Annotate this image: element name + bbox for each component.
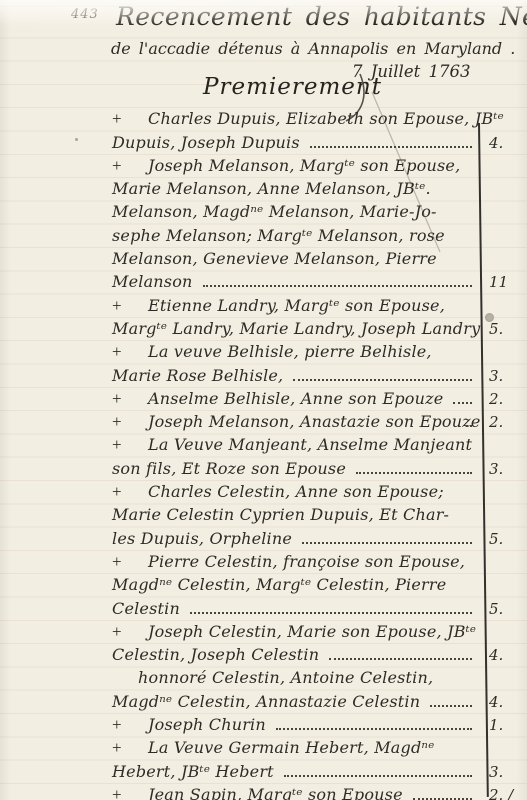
entry-row: + La veuve Belhisle, pierre Belhisle, <box>0 339 527 362</box>
entry-text: Melanson <box>112 272 193 292</box>
plus-marker: + <box>112 342 148 362</box>
plus-marker: + <box>112 109 148 129</box>
plus-marker: + <box>112 482 148 502</box>
entry-text: Joseph Melanson, Anastazie son Epouze <box>148 412 456 432</box>
entry-rows: + Charles Dupuis, Elizabeth son Epouse, … <box>0 106 527 800</box>
section-heading: Premierement <box>203 74 382 100</box>
entry-row: + Joseph Melanson, Margᵗᵉ son Epouse, <box>0 153 527 176</box>
entry-text: Magdⁿᵉ Celestin, Annastazie Celestin <box>112 692 420 712</box>
dot-leader <box>284 775 472 777</box>
entry-text: les Dupuis, Orpheline <box>112 529 292 549</box>
dot-leader <box>356 472 472 474</box>
entry-count: 4. <box>478 133 527 153</box>
entry-row: + Pierre Celestin, françoise son Epouse, <box>0 549 527 572</box>
entry-count: 3. <box>478 459 527 479</box>
entry-text: Joseph Melanson, Margᵗᵉ son Epouse, <box>148 156 456 176</box>
entry-text: Marie Melanson, Anne Melanson, JBᵗᵉ. <box>112 179 431 199</box>
entry-count: 2. <box>478 412 527 432</box>
entry-text: Marie Celestin Cyprien Dupuis, Et Char- <box>112 505 449 525</box>
entry-row: Melanson, Magdⁿᵉ Melanson, Marie-Jo- <box>0 199 527 222</box>
entry-row: son fils, Et Roze son Epouse 3. <box>0 455 527 478</box>
entry-text: Charles Celestin, Anne son Epouse; <box>148 482 444 502</box>
entry-row: + Charles Dupuis, Elizabeth son Epouse, … <box>0 106 527 129</box>
dot-leader <box>453 402 472 404</box>
entry-row: Margᵗᵉ Landry, Marie Landry, Joseph Land… <box>0 316 527 339</box>
entry-row: + Anselme Belhisle, Anne son Epouze 2. <box>0 386 527 409</box>
entry-text: Dupuis, Joseph Dupuis <box>112 133 300 153</box>
entry-row: + La Veuve Manjeant, Anselme Manjeant <box>0 432 527 455</box>
page-number: 443 <box>71 7 99 22</box>
entry-row: Celestin, Joseph Celestin 4. <box>0 642 527 665</box>
plus-marker: + <box>112 412 148 432</box>
entry-row: + Joseph Melanson, Anastazie son Epouze … <box>0 409 527 432</box>
entry-count: 2. <box>478 389 527 409</box>
entry-count: 5. <box>478 319 527 339</box>
dot-leader <box>430 705 472 707</box>
entry-row: + Etienne Landry, Margᵗᵉ son Epouse, <box>0 292 527 315</box>
entry-count: 2. / <box>478 785 527 800</box>
entry-text: Jean Sapin, Margᵗᵉ son Epouse <box>148 785 403 800</box>
entry-row: Marie Melanson, Anne Melanson, JBᵗᵉ. <box>0 176 527 199</box>
entry-text: La Veuve Manjeant, Anselme Manjeant <box>148 435 456 455</box>
entry-row: + Jean Sapin, Margᵗᵉ son Epouse 2. / <box>0 782 527 800</box>
plus-marker: + <box>112 296 148 316</box>
entry-text: Pierre Celestin, françoise son Epouse, <box>148 552 456 572</box>
entry-count: 3. <box>478 366 527 386</box>
plus-marker: + <box>112 435 148 455</box>
entry-text: Celestin <box>112 599 180 619</box>
entry-text: Joseph Celestin, Marie son Epouse, JBᵗᵉ <box>148 622 456 642</box>
entry-text: Hebert, JBᵗᵉ Hebert <box>112 762 274 782</box>
entry-text: Margᵗᵉ Landry, Marie Landry, Joseph Land… <box>112 319 456 339</box>
entry-row: Hebert, JBᵗᵉ Hebert 3. <box>0 758 527 781</box>
entry-row: Celestin 5. <box>0 595 527 618</box>
entry-text: Charles Dupuis, Elizabeth son Epouse, JB… <box>148 109 456 129</box>
entry-count: 4. <box>478 692 527 712</box>
entry-row: + Charles Celestin, Anne son Epouse; <box>0 479 527 502</box>
dot-leader <box>329 658 472 660</box>
entry-count: 5. <box>478 599 527 619</box>
entry-row: + Joseph Celestin, Marie son Epouse, JBᵗ… <box>0 619 527 642</box>
entry-count: 11 <box>478 272 527 292</box>
entry-text: Anselme Belhisle, Anne son Epouze <box>148 389 443 409</box>
entry-text: La veuve Belhisle, pierre Belhisle, <box>148 342 432 362</box>
entry-row: Melanson, Genevieve Melanson, Pierre <box>0 246 527 269</box>
plus-marker: + <box>112 715 148 735</box>
dot-leader <box>203 285 472 287</box>
entry-count: 1. <box>478 715 527 735</box>
entry-row: Melanson 11 <box>0 269 527 292</box>
entry-count: 5. <box>478 529 527 549</box>
entry-row: Marie Rose Belhisle, 3. <box>0 362 527 385</box>
entry-row: + Joseph Churin 1. <box>0 712 527 735</box>
entry-row: Marie Celestin Cyprien Dupuis, Et Char- <box>0 502 527 525</box>
plus-marker: + <box>112 552 148 572</box>
entry-row: Dupuis, Joseph Dupuis 4. <box>0 129 527 152</box>
dot-leader <box>302 542 472 544</box>
entry-row: + La Veuve Germain Hebert, Magdⁿᵉ <box>0 735 527 758</box>
entry-text: La Veuve Germain Hebert, Magdⁿᵉ <box>148 738 435 758</box>
dot-leader <box>466 425 472 427</box>
plus-marker: + <box>112 738 148 758</box>
plus-marker: + <box>112 156 148 176</box>
entry-text: Magdⁿᵉ Celestin, Margᵗᵉ Celestin, Pierre <box>112 575 446 595</box>
entry-count: 4. <box>478 645 527 665</box>
entry-text: son fils, Et Roze son Epouse <box>112 459 346 479</box>
entry-row: Magdⁿᵉ Celestin, Annastazie Celestin 4. <box>0 688 527 711</box>
entry-text: Melanson, Genevieve Melanson, Pierre <box>112 249 437 269</box>
entry-text: Marie Rose Belhisle, <box>112 366 283 386</box>
document-title: Recencement des habitants Neutre <box>116 2 527 31</box>
dot-leader <box>190 612 472 614</box>
manuscript-page: 443 Recencement des habitants Neutre de … <box>0 0 527 800</box>
entry-count: 3. <box>478 762 527 782</box>
plus-marker: + <box>112 389 148 409</box>
dot-leader <box>276 728 472 730</box>
document-subtitle: de l'accadie détenus à Annapolis en Mary… <box>111 39 515 58</box>
dot-leader <box>293 379 472 381</box>
entry-text: honnoré Celestin, Antoine Celestin, <box>138 668 433 688</box>
plus-marker: + <box>112 785 148 800</box>
entry-row: les Dupuis, Orpheline 5. <box>0 525 527 548</box>
entry-text: sephe Melanson; Margᵗᵉ Melanson, rose <box>112 226 445 246</box>
dot-leader <box>310 146 472 148</box>
entry-row: Magdⁿᵉ Celestin, Margᵗᵉ Celestin, Pierre <box>0 572 527 595</box>
entry-row: honnoré Celestin, Antoine Celestin, <box>0 665 527 688</box>
entry-text: Melanson, Magdⁿᵉ Melanson, Marie-Jo- <box>112 202 437 222</box>
entry-text: Joseph Churin <box>148 715 266 735</box>
entry-row: sephe Melanson; Margᵗᵉ Melanson, rose <box>0 222 527 245</box>
entry-text: Celestin, Joseph Celestin <box>112 645 319 665</box>
plus-marker: + <box>112 622 148 642</box>
entry-text: Etienne Landry, Margᵗᵉ son Epouse, <box>148 296 445 316</box>
